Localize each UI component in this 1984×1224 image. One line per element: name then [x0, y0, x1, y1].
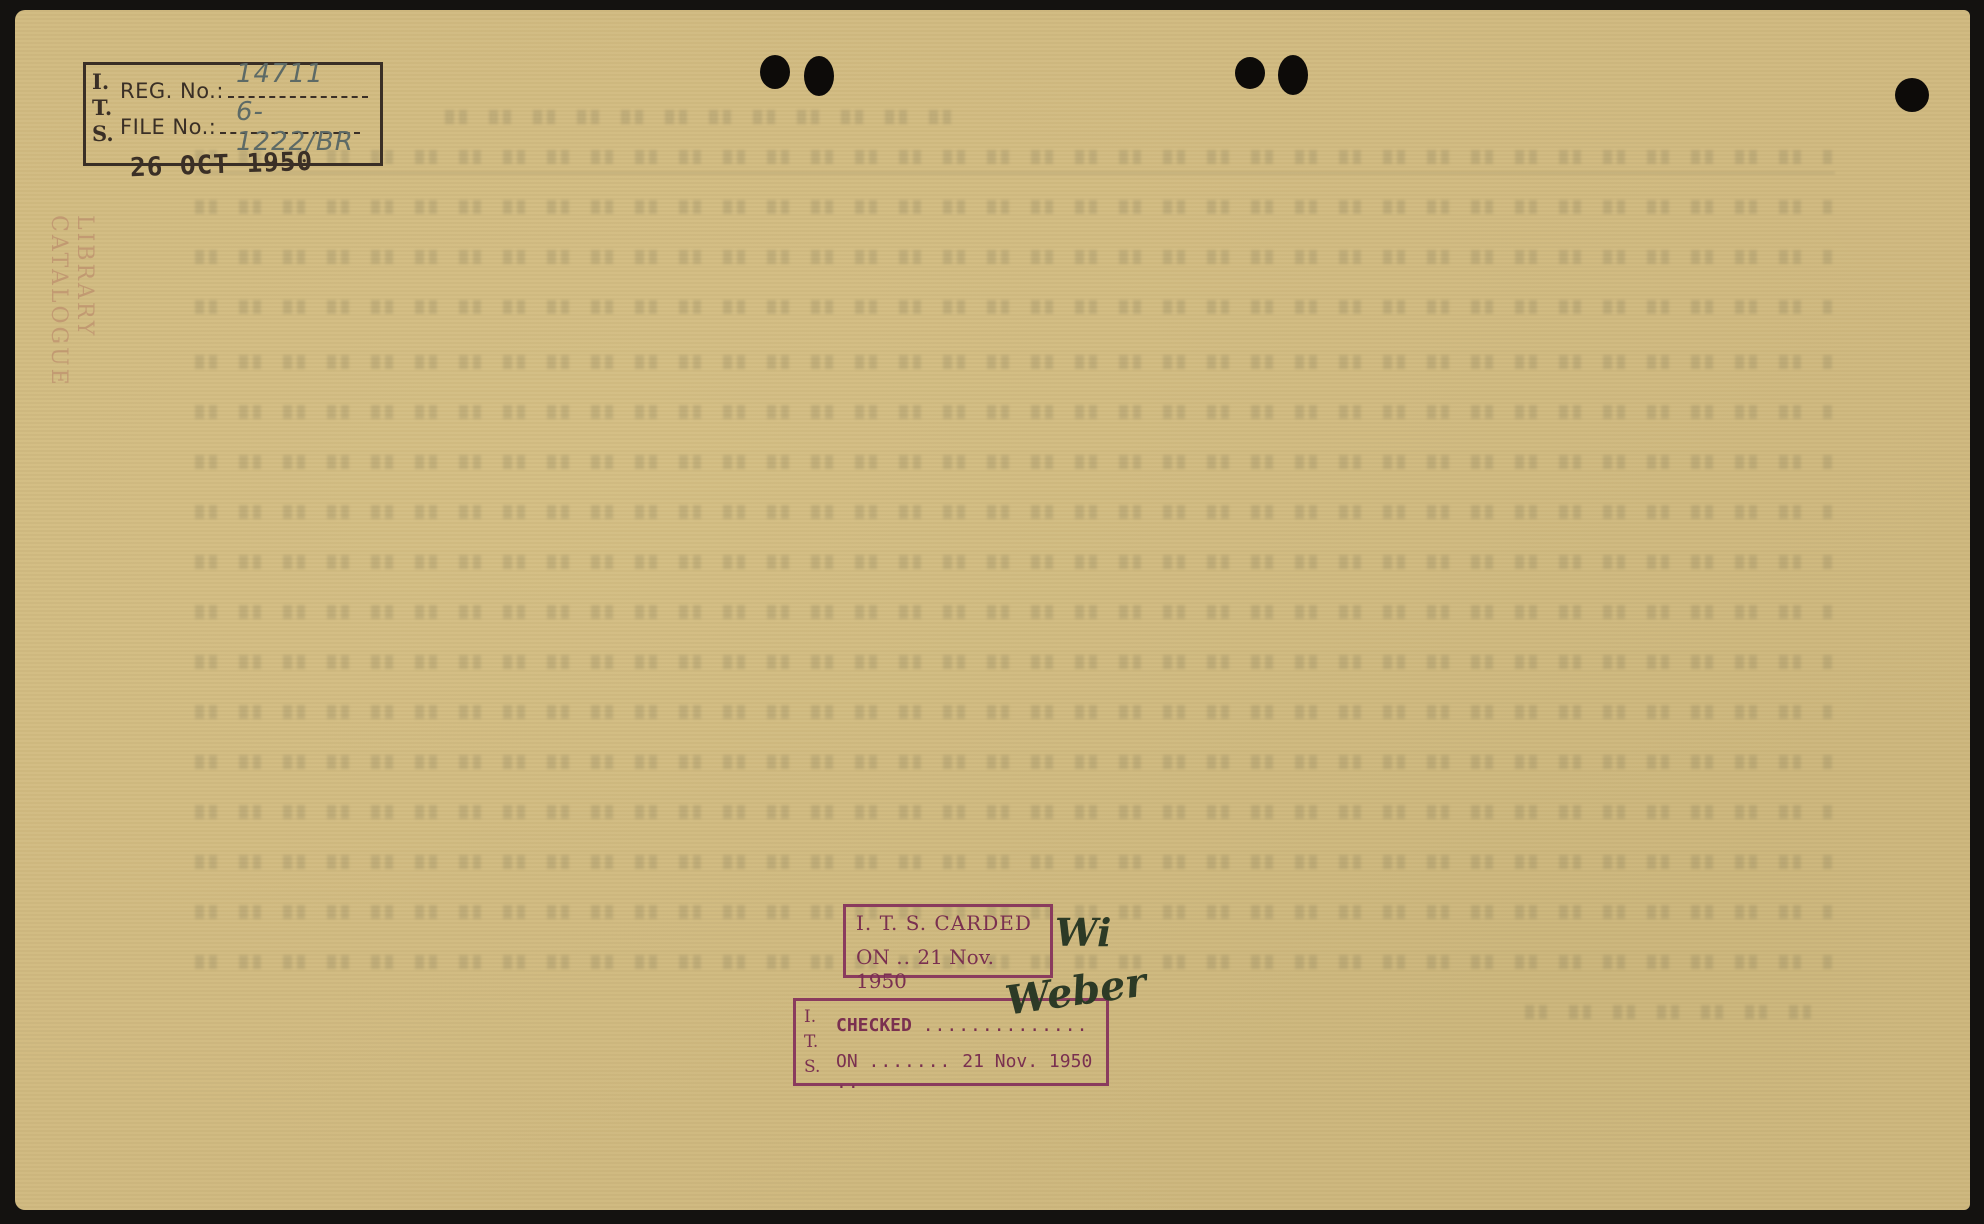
punch-hole [1278, 55, 1308, 95]
punch-hole [804, 56, 834, 96]
carded-initials: Wi [1055, 910, 1111, 955]
file-no-label: FILE No.: [120, 115, 216, 139]
punch-hole [1235, 57, 1265, 89]
reg-no-value: 14711 [236, 59, 324, 89]
document-card: I. T. S. REG. No.: FILE No.: 14711 6-122… [15, 10, 1970, 1210]
carded-stamp: I. T. S. CARDED ON .. 21 Nov. 1950 [843, 904, 1053, 978]
checked-date-row: ON ....... 21 Nov. 1950 .. [836, 1051, 1106, 1093]
checked-date: 21 Nov. 1950 [962, 1051, 1092, 1072]
library-catalogue-stamp: LIBRARY CATALOGUE [45, 215, 97, 388]
its-letters: I. T. S. [92, 69, 114, 147]
reg-no-label: REG. No.: [120, 79, 224, 103]
received-date-stamp: 26 OCT 1950 [130, 147, 314, 183]
its-letters: I. T. S. [804, 1005, 820, 1080]
punch-hole [760, 55, 790, 89]
carded-title: I. T. S. CARDED [856, 911, 1032, 935]
punch-hole [1895, 78, 1929, 112]
